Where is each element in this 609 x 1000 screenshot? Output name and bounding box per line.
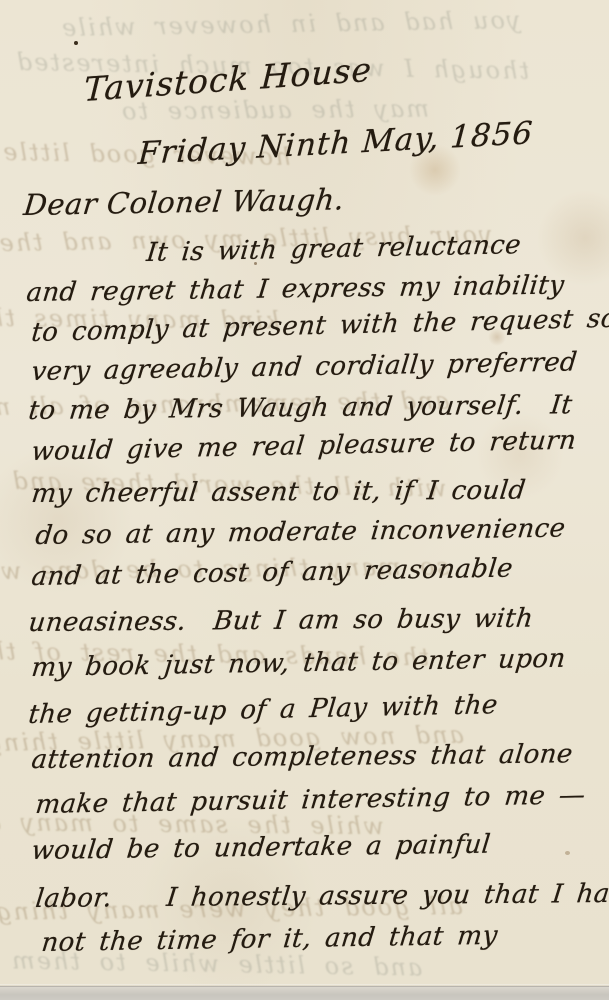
- letter-body-line: to comply at present with the request so: [30, 304, 609, 348]
- letter-body-line: do so at any moderate inconvenience: [34, 514, 567, 551]
- foxing-spot: [565, 851, 570, 855]
- letter-body-line: and regret that I express my inability: [25, 270, 566, 308]
- letter-body-line: to me by Mrs Waugh and yourself. It: [27, 390, 574, 426]
- ink-speck: [74, 41, 78, 45]
- letter-body-line: my book just now, that to enter upon: [30, 644, 567, 683]
- letter-body-line: and at the cost of any reasonable: [30, 554, 514, 592]
- letter-body-line: the getting-up of a Play with the: [27, 690, 499, 730]
- letter-body-line: would be to undertake a painful: [30, 830, 492, 866]
- letter-body-line: would give me real pleasure to return: [30, 426, 578, 467]
- letter-body-line: make that pursuit interesting to me —: [34, 780, 587, 820]
- letter-salutation: Dear Colonel Waugh.: [22, 182, 346, 222]
- letter-heading-address: Tavistock House: [83, 50, 373, 109]
- bleedthrough-line: you had and in however while: [60, 6, 521, 42]
- letter-body-line: labor. I honestly assure you that I have: [34, 879, 609, 914]
- letter-body-line: It is with great reluctance: [145, 230, 522, 268]
- letter-body-line: my cheerful assent to it, if I could: [30, 476, 527, 509]
- letter-date-line: Friday Ninth May, 1856: [137, 115, 534, 172]
- letter-page: you had and in however while though I wa…: [0, 0, 609, 1000]
- letter-body-line: very agreeably and cordially preferred: [30, 347, 579, 387]
- letter-body-line: uneasiness. But I am so busy with: [27, 604, 535, 638]
- letter-body-line: not the time for it, and that my: [40, 921, 499, 958]
- letter-body-line: attention and completeness that alone: [30, 739, 574, 775]
- paper-bottom-edge: [0, 986, 609, 1000]
